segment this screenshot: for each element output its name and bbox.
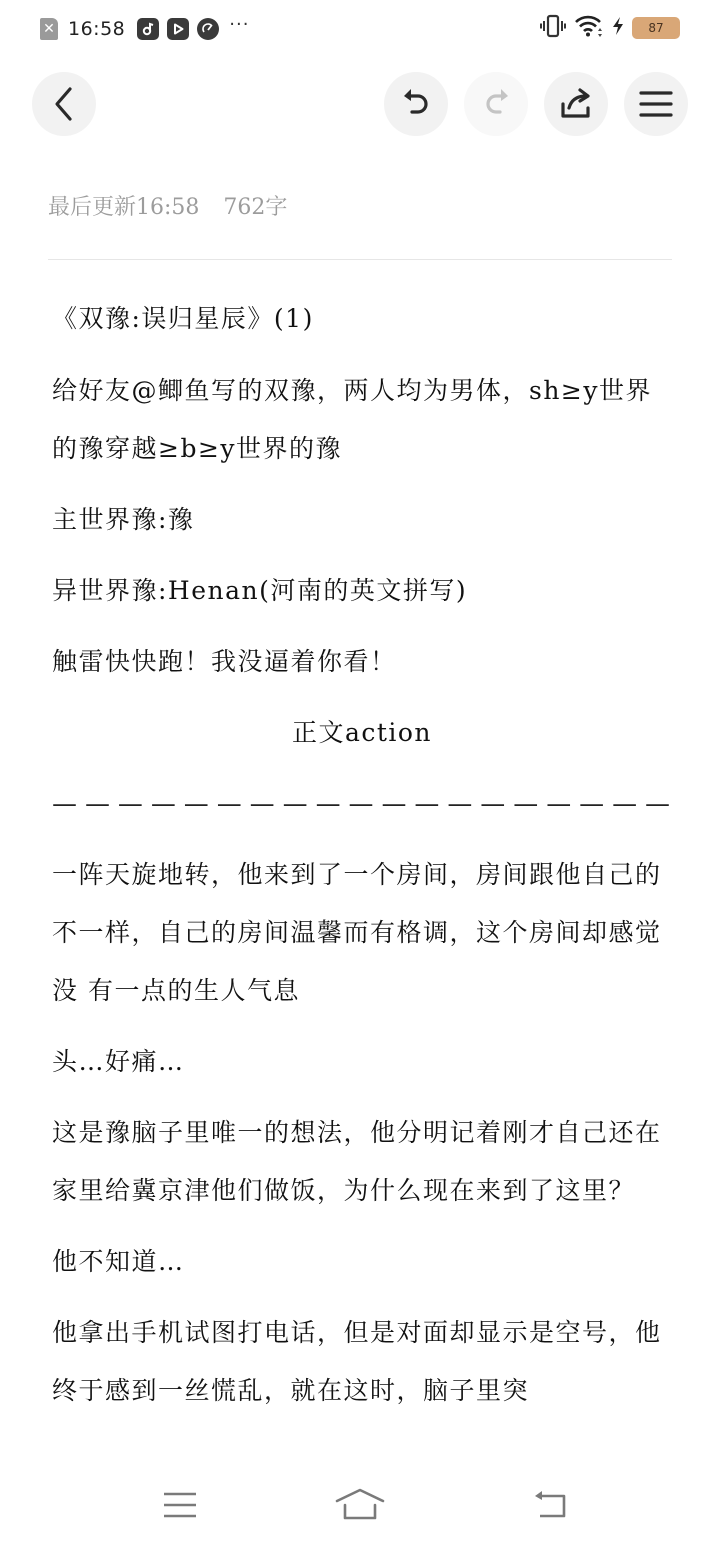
status-bar-left: ✕ 16:58 ···	[40, 17, 249, 41]
document-title[interactable]: 《双豫:误归星辰》(1)	[52, 290, 672, 348]
charging-icon	[612, 16, 624, 40]
hamburger-menu-icon	[639, 89, 673, 119]
paragraph[interactable]: 主世界豫:豫	[52, 491, 672, 549]
paragraph[interactable]: 头…好痛…	[52, 1033, 672, 1091]
back-button[interactable]	[32, 72, 96, 136]
redo-icon	[478, 86, 514, 122]
back-icon	[532, 1490, 568, 1520]
status-time: 16:58	[68, 18, 125, 40]
undo-icon	[398, 86, 434, 122]
paragraph[interactable]: 他拿出手机试图打电话，但是对面却显示是空号，他终于感到一丝慌乱，就在这时，脑子里…	[52, 1304, 672, 1420]
battery-icon: 87	[632, 17, 680, 39]
paragraph[interactable]: 异世界豫:Henan(河南的英文拼写)	[52, 562, 672, 620]
music-app-icon	[137, 18, 159, 40]
paragraph[interactable]: 一阵天旋地转，他来到了一个房间，房间跟他自己的不一样，自己的房间温馨而有格调，这…	[52, 846, 672, 1020]
close-notification-icon: ✕	[40, 18, 58, 40]
status-bar: ✕ 16:58 ··· 87	[0, 0, 720, 58]
paragraph[interactable]: 给好友@鲫鱼写的双豫，两人均为男体，sh≥y世界的豫穿越≥b≥y世界的豫	[52, 362, 672, 478]
speed-app-icon	[197, 18, 219, 40]
paragraph[interactable]: 这是豫脑子里唯一的想法，他分明记着刚才自己还在家里给冀京津他们做饭，为什么现在来…	[52, 1104, 672, 1220]
share-icon	[558, 86, 594, 122]
recents-button[interactable]	[150, 1480, 210, 1530]
undo-button[interactable]	[384, 72, 448, 136]
share-button[interactable]	[544, 72, 608, 136]
battery-level: 87	[648, 21, 663, 35]
paragraph[interactable]: 他不知道…	[52, 1233, 672, 1291]
more-notifications-icon: ···	[229, 16, 249, 34]
system-back-button[interactable]	[520, 1480, 580, 1530]
home-button[interactable]	[330, 1480, 390, 1530]
vibrate-icon	[540, 14, 566, 42]
video-app-icon	[167, 18, 189, 40]
paragraph[interactable]: 触雷快快跑！我没逼着你看！	[52, 633, 672, 691]
chevron-left-icon	[49, 86, 79, 122]
status-bar-right: 87	[540, 15, 680, 41]
wifi-icon	[574, 14, 604, 42]
document-body[interactable]: 《双豫:误归星辰》(1) 给好友@鲫鱼写的双豫，两人均为男体，sh≥y世界的豫穿…	[52, 290, 672, 1433]
section-heading[interactable]: 正文action	[52, 704, 672, 762]
last-updated: 最后更新16:58	[48, 190, 199, 221]
dash-separator[interactable]: — — — — — — — — — — — — — — — — — — — —	[52, 775, 672, 833]
system-nav-bar	[0, 1470, 720, 1544]
recents-icon	[162, 1490, 198, 1520]
redo-button[interactable]	[464, 72, 528, 136]
document-meta: 最后更新16:58 762字	[48, 190, 287, 221]
word-count: 762字	[223, 190, 287, 221]
editor-toolbar	[0, 70, 720, 140]
home-icon	[335, 1488, 385, 1522]
menu-button[interactable]	[624, 72, 688, 136]
meta-divider	[48, 259, 672, 260]
